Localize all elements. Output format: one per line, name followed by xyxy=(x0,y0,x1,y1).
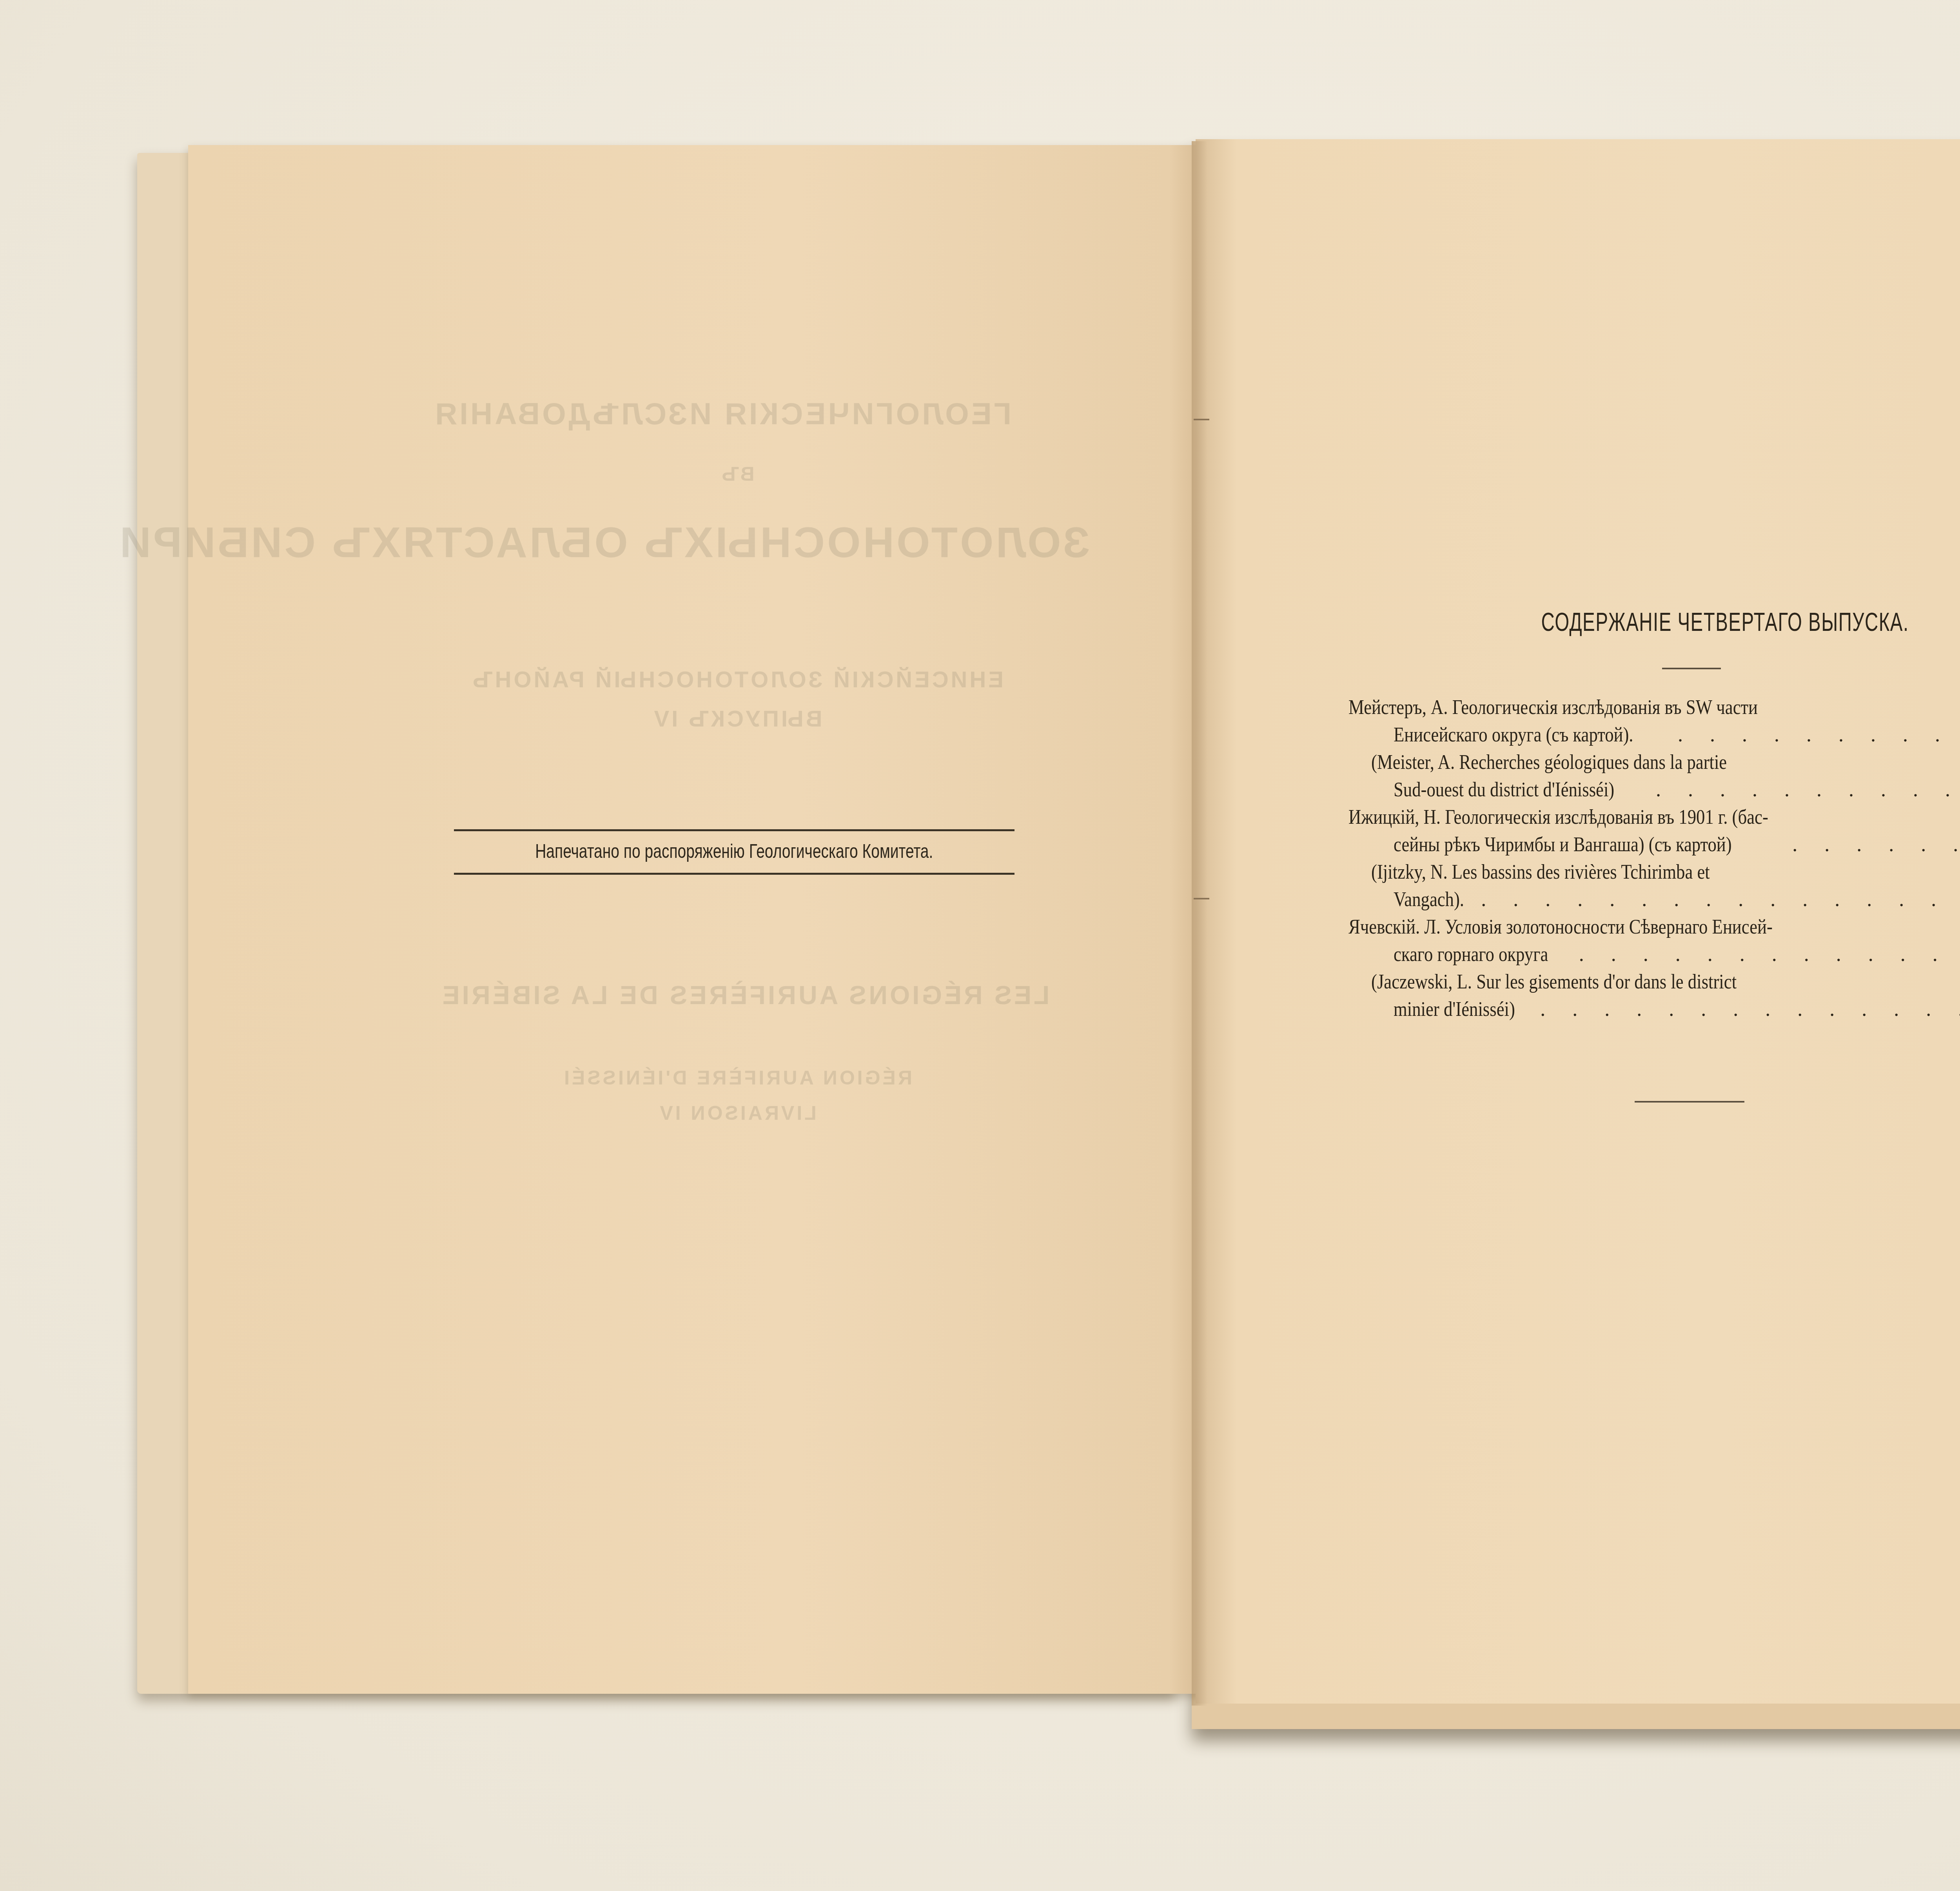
toc-line: Ячевскій. Л. Условія золотоносности Сѣве… xyxy=(1348,914,1960,941)
show-through-text: ГЕОЛОГИЧЕСКІЯ ИЗСЛѢДОВАНІЯ xyxy=(463,396,1011,432)
show-through-text: LIVRAISON IV xyxy=(463,1102,1011,1124)
show-through-text: ЗОЛОТОНОСНЫХЪ ОБЛАСТЯХЪ СИБИРИ xyxy=(400,518,1090,567)
spine-crease xyxy=(1192,141,1207,1706)
dot-leader: . . . . . . . . . . . . . . . . . . . . … xyxy=(1792,831,1960,859)
toc-line: Vangach). . . . . . . . . . . . . . . . … xyxy=(1348,886,1960,914)
toc-entry: Мейстеръ, А. Геологическія изслѣдованія … xyxy=(1348,694,1960,804)
dot-leader: . . . . . . . . . . . . . . . . . . . . … xyxy=(1678,721,1960,749)
binding-mark xyxy=(1194,419,1209,420)
imprint-text: Напечатано по распоряженію Геологическаг… xyxy=(535,840,933,863)
show-through-text: ВЫПУСКЪ IV xyxy=(463,706,1011,732)
toc-line: (Jaczewski, L. Sur les gisements d'or da… xyxy=(1348,968,1960,996)
toc-line: сейны рѣкъ Чиримбы и Вангаша) (съ картой… xyxy=(1348,831,1960,859)
toc-line: Ижицкій, Н. Геологическія изслѣдованія в… xyxy=(1348,804,1960,831)
table-of-contents: Мейстеръ, А. Геологическія изслѣдованія … xyxy=(1348,694,1960,1023)
end-rule xyxy=(1635,1101,1744,1103)
show-through-text: LES RÉGIONS AURIFÈRES DE LA SIBÉRIE xyxy=(412,980,1078,1010)
toc-line: minier d'Iénisséi) . . . . . . . . . . .… xyxy=(1348,996,1960,1023)
toc-line: Енисейскаго округа (съ картой). . . . . … xyxy=(1348,721,1960,749)
left-page xyxy=(188,145,1200,1694)
toc-entry: Ячевскій. Л. Условія золотоносности Сѣве… xyxy=(1348,914,1960,1023)
toc-line: (Meister, A. Recherches géologiques dans… xyxy=(1348,749,1960,776)
dot-leader: . . . . . . . . . . . . . . . . . . . . … xyxy=(1579,941,1960,968)
dot-leader: . . . . . . . . . . . . . . . . . . . . … xyxy=(1540,996,1960,1023)
toc-title: СОДЕРЖАНІЕ ЧЕТВЕРТАГО ВЫПУСКА. xyxy=(1411,607,1960,637)
binding-mark xyxy=(1194,898,1209,899)
toc-entry: Ижицкій, Н. Геологическія изслѣдованія в… xyxy=(1348,804,1960,914)
show-through-text: ВЪ xyxy=(463,463,1011,485)
toc-line: Мейстеръ, А. Геологическія изслѣдованія … xyxy=(1348,694,1960,721)
toc-line: Sud-ouest du district d'Iénisséi) . . . … xyxy=(1348,776,1960,804)
show-through-text: RÉGION AURIFÈRE D'IÉNISSÉI xyxy=(463,1066,1011,1089)
dot-leader: . . . . . . . . . . . . . . . . . . . . … xyxy=(1481,886,1960,914)
toc-line: (Ijitzky, N. Les bassins des rivières Tc… xyxy=(1348,859,1960,886)
toc-line: скаго горнаго округа . . . . . . . . . .… xyxy=(1348,941,1960,968)
imprint-note: Напечатано по распоряженію Геологическаг… xyxy=(454,829,1014,875)
show-through-text: ЕНИСЕЙСКІЙ ЗОЛОТОНОСНЫЙ РАЙОНЪ xyxy=(463,667,1011,693)
title-rule xyxy=(1662,668,1721,669)
dot-leader: . . . . . . . . . . . . . . . . . . . . … xyxy=(1656,776,1960,804)
